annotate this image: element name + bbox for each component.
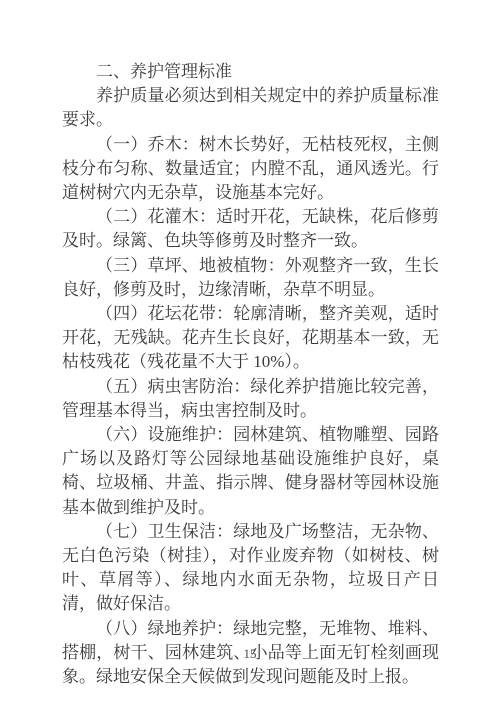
paragraph-item-7: （七）卫生保洁：绿地及广场整洁，无杂物、无白色污染（树挂），对作业废弃物（如树枝…	[62, 520, 439, 617]
paragraph-item-1: （一）乔木：树木长势好，无枯枝死杈，主侧枝分布匀称、数量适宜；内膛不乱，通风透光…	[62, 133, 439, 206]
paragraph-item-3: （三）草坪、地被植物：外观整齐一致，生长良好，修剪及时，边缘清晰，杂草不明显。	[62, 254, 439, 302]
paragraph-intro: 养护质量必须达到相关规定中的养护质量标准要求。	[62, 84, 439, 132]
paragraph-item-4: （四）花坛花带：轮廓清晰，整齐美观，适时开花，无残缺。花卉生长良好，花期基本一致…	[62, 302, 439, 375]
paragraph-item-2: （二）花灌木：适时开花，无缺株，花后修剪及时。绿篱、色块等修剪及时整齐一致。	[62, 205, 439, 253]
paragraph-item-6: （六）设施维护：园林建筑、植物雕塑、园路广场以及路灯等公园绿地基础设施维护良好，…	[62, 423, 439, 520]
document-page: 二、养护管理标准 养护质量必须达到相关规定中的养护质量标准要求。 （一）乔木：树…	[0, 0, 500, 707]
document-body: 二、养护管理标准 养护质量必须达到相关规定中的养护质量标准要求。 （一）乔木：树…	[62, 60, 439, 689]
paragraph-item-5: （五）病虫害防治：绿化养护措施比较完善，管理基本得当，病虫害控制及时。	[62, 375, 439, 423]
section-heading: 二、养护管理标准	[62, 60, 439, 84]
page-number: 15	[0, 646, 500, 662]
